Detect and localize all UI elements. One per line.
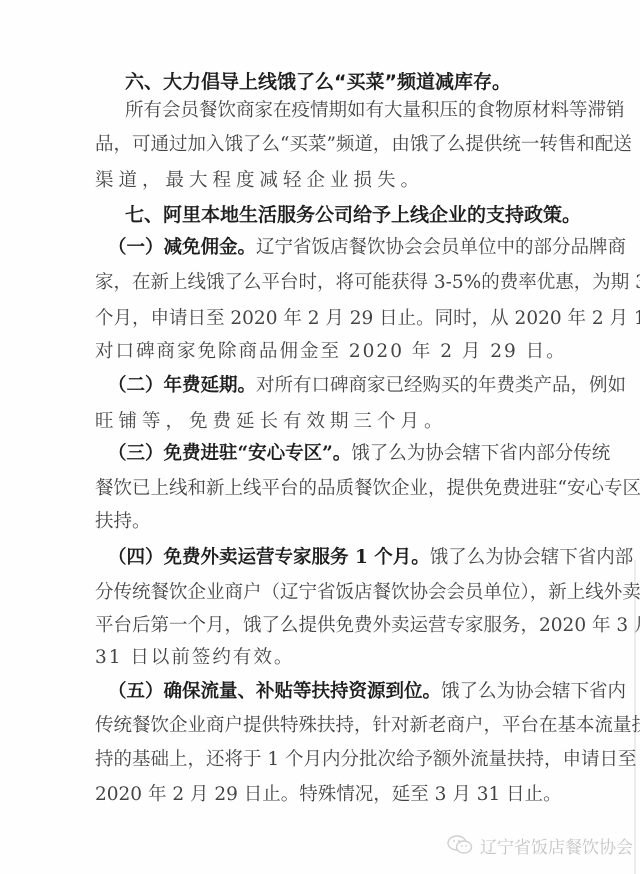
item-3-line-2: 餐饮已上线和新上线平台的品质餐饮企业，提供免费进驻“安心专区” [95, 476, 549, 502]
section-6-line-2: 品，可通过加入饿了么“买菜”频道，由饿了么提供统一转售和配送 [95, 132, 549, 158]
item-3-label: （三）免费进驻“安心专区”。 [108, 443, 351, 464]
section-7-heading: 七、阿里本地生活服务公司给予上线企业的支持政策。 [125, 202, 549, 228]
item-1-line-4: 对口碑商家免除商品佣金至 2020 年 2 月 29 日。 [95, 339, 549, 365]
item-4-first-line: （四）免费外卖运营专家服务 1 个月。饿了么为协会辖下省内部 [108, 545, 549, 571]
watermark-text: 辽宁省饭店餐饮协会 [480, 833, 633, 858]
item-4-label: （四）免费外卖运营专家服务 1 个月。 [108, 547, 430, 568]
section-6-line-3: 渠道，最大程度减轻企业损失。 [95, 168, 549, 194]
item-2-label: （二）年费延期。 [108, 375, 256, 396]
item-1-text: 辽宁省饭店餐饮协会会员单位中的部分品牌商 [256, 237, 626, 258]
wechat-watermark: 辽宁省饭店餐饮协会 [446, 832, 633, 858]
item-1-label: （一）减免佣金。 [108, 237, 256, 258]
item-5-line-4: 2020 年 2 月 29 日止。特殊情况，延至 3 月 31 日止。 [95, 782, 549, 808]
item-2-text: 对所有口碑商家已经购买的年费类产品，例如 [256, 375, 626, 396]
item-3-text: 饿了么为协会辖下省内部分传统 [351, 443, 610, 464]
section-6-heading: 六、大力倡导上线饿了么“买菜”频道减库存。 [125, 69, 549, 95]
item-5-line-2: 传统餐饮企业商户提供特殊扶持，针对新老商户，平台在基本流量扶 [95, 713, 549, 739]
item-4-line-4: 31 日以前签约有效。 [95, 645, 549, 671]
item-5-first-line: （五）确保流量、补贴等扶持资源到位。饿了么为协会辖下省内 [108, 679, 549, 705]
wechat-icon [446, 834, 474, 856]
document-page: 六、大力倡导上线饿了么“买菜”频道减库存。 所有会员餐饮商家在疫情期如有大量积压… [0, 0, 640, 874]
item-2-first-line: （二）年费延期。对所有口碑商家已经购买的年费类产品，例如 [108, 373, 549, 399]
item-5-text: 饿了么为协会辖下省内 [441, 681, 626, 702]
item-1-line-3: 个月，申请日至 2020 年 2 月 29 日止。同时，从 2020 年 2 月… [95, 306, 549, 332]
item-3-line-3: 扶持。 [95, 509, 549, 535]
item-4-line-2: 分传统餐饮企业商户（辽宁省饭店餐饮协会会员单位），新上线外卖 [95, 580, 549, 606]
item-3-first-line: （三）免费进驻“安心专区”。饿了么为协会辖下省内部分传统 [108, 441, 549, 467]
section-6-line-1: 所有会员餐饮商家在疫情期如有大量积压的食物原材料等滞销 [125, 98, 549, 124]
item-1-first-line: （一）减免佣金。辽宁省饭店餐饮协会会员单位中的部分品牌商 [108, 235, 549, 261]
item-4-text: 饿了么为协会辖下省内部 [430, 547, 634, 568]
item-5-line-3: 持的基础上，还将于 1 个月内分批次给予额外流量扶持，申请日至 [95, 747, 549, 773]
item-4-line-3: 平台后第一个月，饿了么提供免费外卖运营专家服务，2020 年 3 月 [95, 613, 549, 639]
item-2-line-2: 旺铺等，免费延长有效期三个月。 [95, 409, 549, 435]
item-5-label: （五）确保流量、补贴等扶持资源到位。 [108, 681, 441, 702]
item-1-line-2: 家，在新上线饿了么平台时，将可能获得 3-5%的费率优惠，为期 3 [95, 270, 549, 296]
